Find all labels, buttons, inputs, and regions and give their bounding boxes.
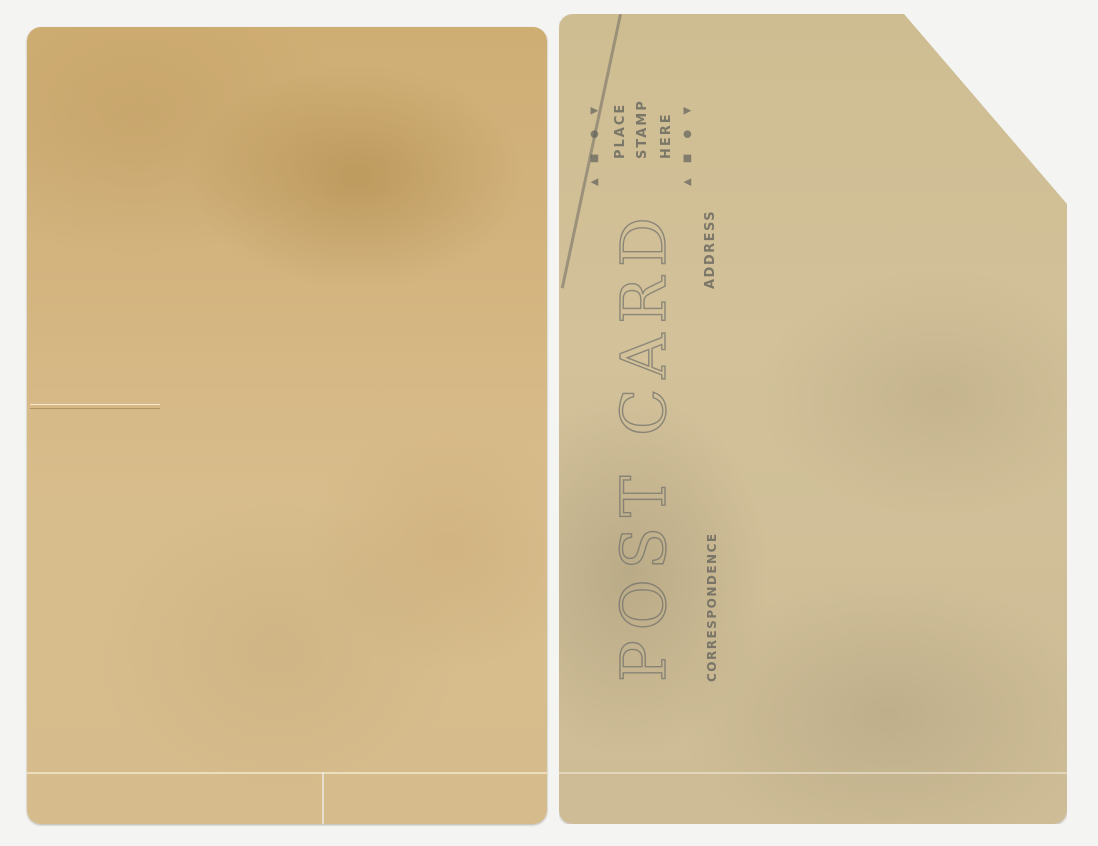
paper-crease [27, 772, 547, 774]
stamp-box-line-here: HERE [659, 112, 674, 159]
paper-crease [559, 772, 1067, 774]
postcard-front-blank [27, 27, 547, 824]
stamp-box-line-stamp: STAMP [635, 99, 650, 159]
stamp-box-ornament-row: ▲ ■ ● ▼ [589, 101, 600, 186]
paper-crack [322, 772, 324, 824]
correspondence-label: CORRESPONDENCE [705, 532, 719, 682]
paper-tear [30, 404, 160, 409]
address-label: ADDRESS [703, 210, 718, 289]
stamp-box-ornament-row: ▲ ■ ● ▼ [682, 101, 693, 186]
postcard-back-printed: ▲ ■ ● ▼ PLACE STAMP HERE ▲ ■ ● ▼ ADDRESS… [559, 14, 1067, 824]
postcard-title: POST CARD [607, 207, 680, 682]
stamp-box-line-place: PLACE [613, 103, 628, 159]
